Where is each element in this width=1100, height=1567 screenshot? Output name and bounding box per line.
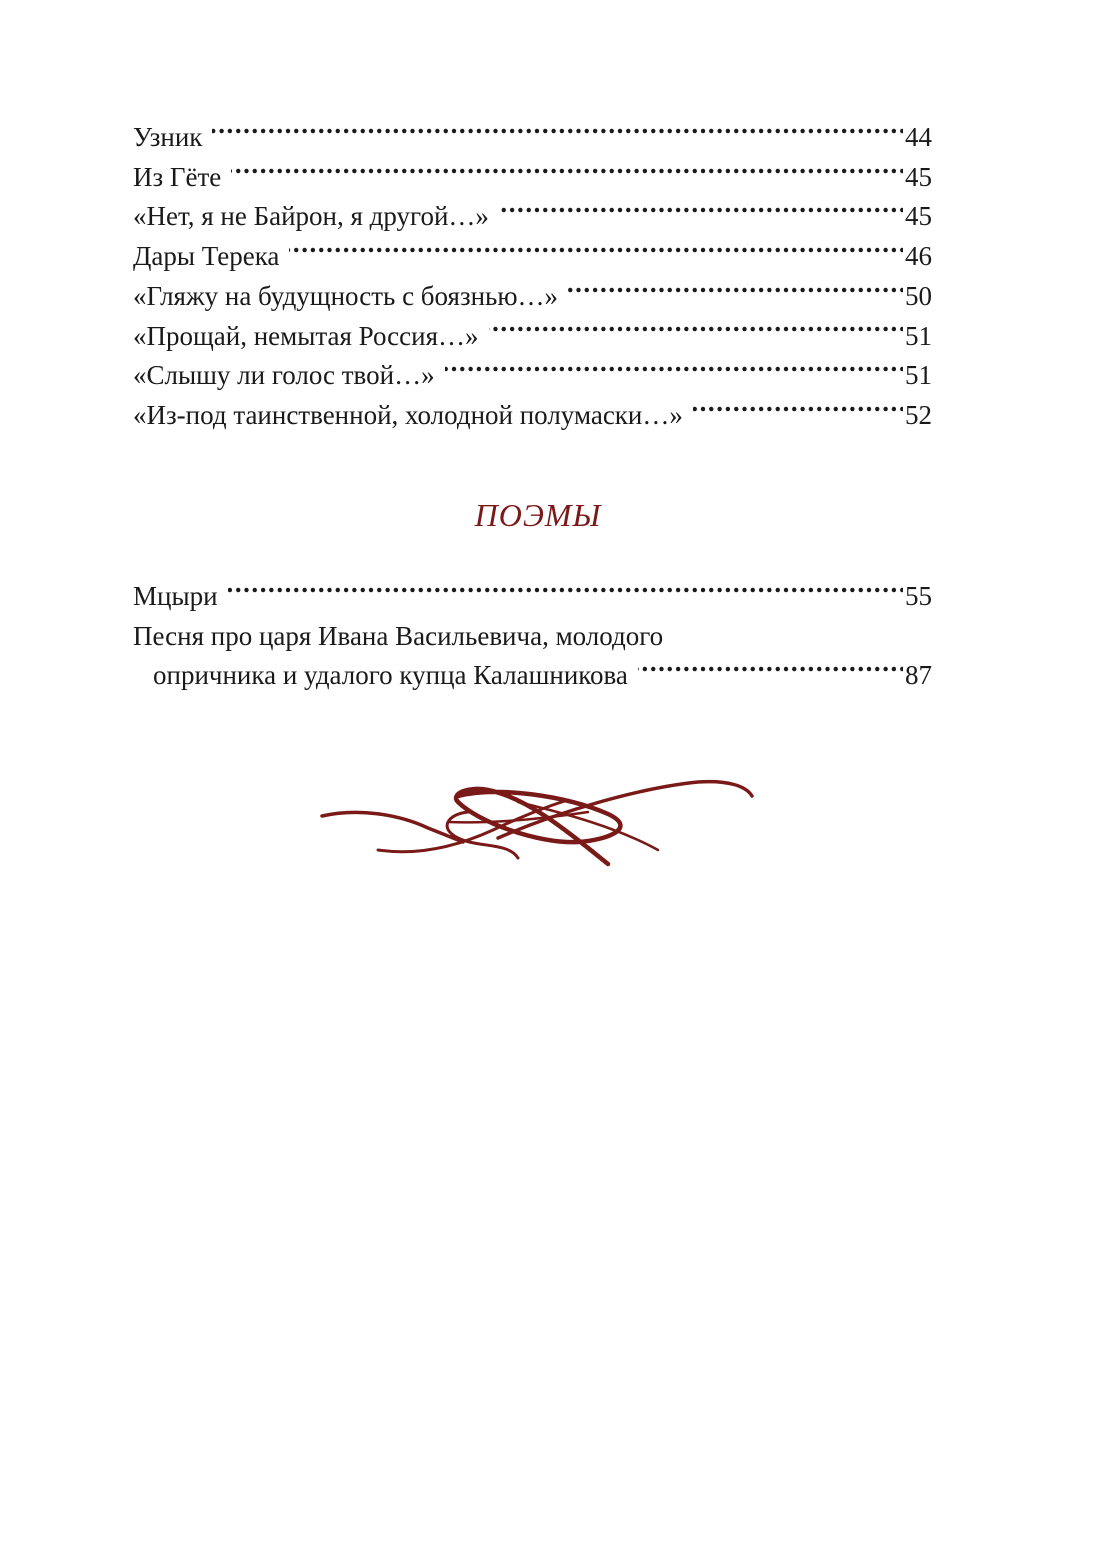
toc-entry-page: 50 bbox=[903, 277, 932, 317]
dot-leader bbox=[489, 318, 903, 345]
dot-leader bbox=[693, 397, 903, 424]
book-page: Узник 44 Из Гёте 45 «Нет, я не Байрон, я… bbox=[0, 0, 1100, 1567]
dot-leader bbox=[445, 357, 903, 384]
toc-entry[interactable]: Песня про царя Ивана Васильевича, молодо… bbox=[133, 617, 932, 696]
toc-entry[interactable]: «Прощай, немытая Россия…» 51 bbox=[133, 317, 932, 357]
dot-leader bbox=[568, 278, 903, 305]
toc-entry[interactable]: Дары Терека 46 bbox=[133, 237, 932, 277]
toc-entry-page: 51 bbox=[903, 356, 932, 396]
toc-entry[interactable]: «Слышу ли голос твой…» 51 bbox=[133, 356, 932, 396]
dot-leader bbox=[638, 657, 903, 684]
toc-entry-title: «Из-под таинственной, холодной полумаски… bbox=[133, 396, 693, 436]
toc-entry-title: Мцыри bbox=[133, 577, 228, 617]
toc-entry-page: 45 bbox=[903, 197, 932, 237]
toc-entry-page: 87 bbox=[903, 656, 932, 696]
dot-leader bbox=[289, 238, 903, 265]
toc-entry[interactable]: Из Гёте 45 bbox=[133, 158, 932, 198]
toc-entry[interactable]: «Гляжу на будущность с боязнью…» 50 bbox=[133, 277, 932, 317]
toc-entry[interactable]: Узник 44 bbox=[133, 118, 932, 158]
toc-entry[interactable]: «Из-под таинственной, холодной полумаски… bbox=[133, 396, 932, 436]
toc-entry-page: 46 bbox=[903, 237, 932, 277]
toc-entry-title: Узник bbox=[133, 118, 212, 158]
dot-leader bbox=[212, 119, 903, 146]
section-heading-poems: ПОЭМЫ bbox=[0, 497, 1076, 534]
table-of-contents-lyrics: Узник 44 Из Гёте 45 «Нет, я не Байрон, я… bbox=[133, 118, 932, 436]
calligraphic-flourish-icon bbox=[318, 772, 758, 872]
toc-entry-title: Из Гёте bbox=[133, 158, 231, 198]
toc-entry-line2: опричника и удалого купца Калашникова 87 bbox=[133, 656, 932, 696]
toc-entry-title: «Нет, я не Байрон, я другой…» bbox=[133, 197, 499, 237]
toc-entry-title: «Прощай, немытая Россия…» bbox=[133, 317, 489, 357]
dot-leader bbox=[228, 578, 903, 605]
toc-entry[interactable]: Мцыри 55 bbox=[133, 577, 932, 617]
toc-entry-page: 51 bbox=[903, 317, 932, 357]
toc-entry-title: «Гляжу на будущность с боязнью…» bbox=[133, 277, 568, 317]
toc-entry-title: «Слышу ли голос твой…» bbox=[133, 356, 445, 396]
dot-leader bbox=[231, 159, 903, 186]
toc-entry-page: 45 bbox=[903, 158, 932, 198]
toc-entry-page: 52 bbox=[903, 396, 932, 436]
toc-entry-title-line1: Песня про царя Ивана Васильевича, молодо… bbox=[133, 617, 932, 657]
table-of-contents-poems: Мцыри 55 Песня про царя Ивана Васильевич… bbox=[133, 577, 932, 696]
toc-entry-page: 44 bbox=[903, 118, 932, 158]
toc-entry[interactable]: «Нет, я не Байрон, я другой…» 45 bbox=[133, 197, 932, 237]
dot-leader bbox=[499, 198, 903, 225]
toc-entry-title-line2: опричника и удалого купца Калашникова bbox=[153, 656, 638, 696]
toc-entry-page: 55 bbox=[903, 577, 932, 617]
toc-entry-title: Дары Терека bbox=[133, 237, 289, 277]
